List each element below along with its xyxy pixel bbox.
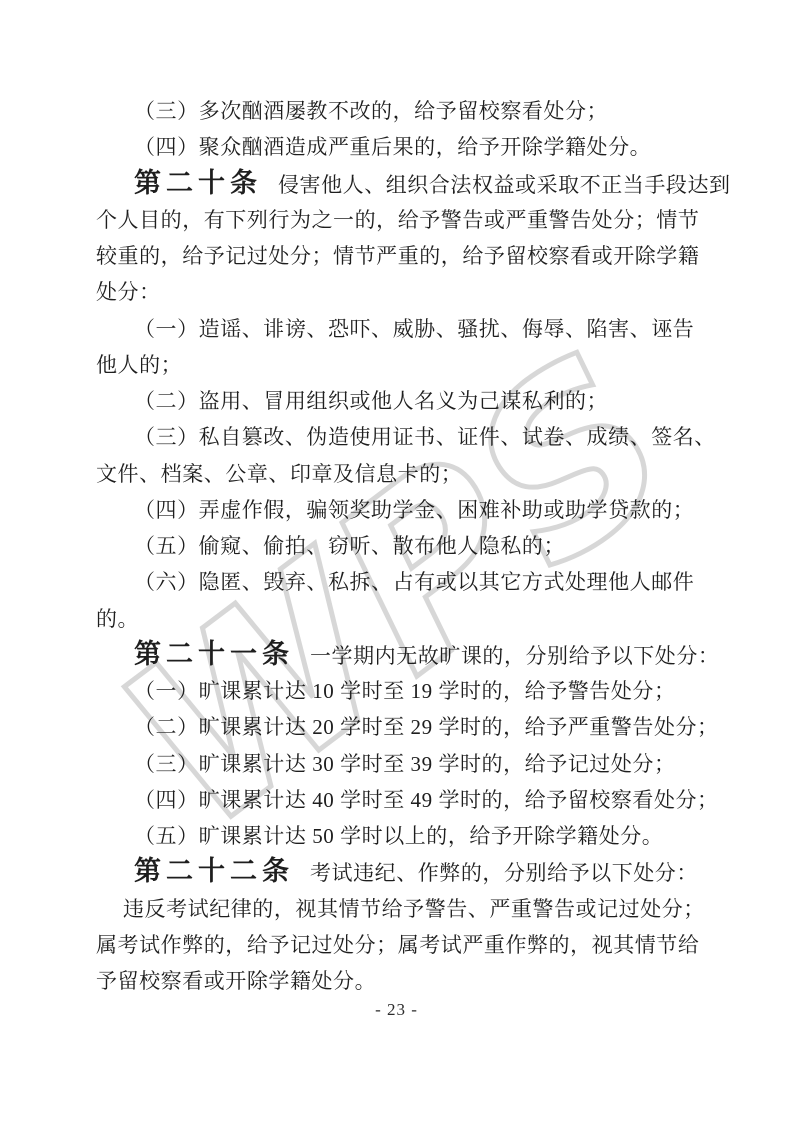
article-heading: 第二十二条 [134, 856, 294, 887]
text-segment: 考试违纪、作弊的，分别给予以下处分： [310, 861, 698, 885]
document-line: 个人目的，有下列行为之一的，给予警告或严重警告处分；情节 [96, 202, 736, 238]
article-heading: 第二十一条 [134, 639, 294, 670]
document-line: （五）偷窥、偷拍、窃听、散布他人隐私的； [96, 528, 736, 564]
document-line: （一）旷课累计达 10 学时至 19 学时的，给予警告处分； [96, 673, 736, 709]
document-line: （三）多次酗酒屡教不改的，给予留校察看处分； [96, 93, 736, 129]
text-segment: 的。 [96, 607, 139, 631]
text-segment: 较重的，给予记过处分；情节严重的，给予留校察看或开除学籍 [96, 244, 699, 268]
text-segment: 属考试作弊的，给予记过处分；属考试严重作弊的，视其情节给 [96, 933, 699, 957]
text-segment: 他人的； [96, 353, 182, 377]
document-line: （五）旷课累计达 50 学时以上的，给予开除学籍处分。 [96, 818, 736, 854]
document-line: 属考试作弊的，给予记过处分；属考试严重作弊的，视其情节给 [96, 927, 736, 963]
text-segment: （二）盗用、冒用组织或他人名义为己谋私利的； [134, 389, 608, 413]
text-segment: （一）旷课累计达 10 学时至 19 学时的，给予警告处分； [134, 679, 676, 703]
document-line: 处分： [96, 274, 736, 310]
document-line: 予留校察看或开除学籍处分。 [96, 963, 736, 999]
text-segment: （五）旷课累计达 50 学时以上的，给予开除学籍处分。 [134, 824, 663, 848]
document-line: （四）聚众酗酒造成严重后果的，给予开除学籍处分。 [96, 129, 736, 165]
document-line: 较重的，给予记过处分；情节严重的，给予留校察看或开除学籍 [96, 238, 736, 274]
text-segment: （一）造谣、诽谤、恐吓、威胁、骚扰、侮辱、陷害、诬告 [134, 317, 694, 341]
document-line: （二）旷课累计达 20 学时至 29 学时的，给予严重警告处分； [96, 709, 736, 745]
text-segment: 侵害他人、组织合法权益或采取不正当手段达到 [278, 173, 731, 197]
text-segment: （三）私自篡改、伪造使用证书、证件、试卷、成绩、签名、 [134, 425, 716, 449]
text-segment: （六）隐匿、毁弃、私拆、占有或以其它方式处理他人邮件 [134, 570, 694, 594]
page: WPS （三）多次酗酒屡教不改的，给予留校察看处分；（四）聚众酗酒造成严重后果的… [0, 0, 793, 1122]
document-line: 他人的； [96, 347, 736, 383]
document-line: （三）私自篡改、伪造使用证书、证件、试卷、成绩、签名、 [96, 419, 736, 455]
text-segment: 违反考试纪律的，视其情节给予警告、严重警告或记过处分； [123, 897, 705, 921]
text-segment: （三）旷课累计达 30 学时至 39 学时的，给予记过处分； [134, 752, 676, 776]
document-line: 的。 [96, 601, 736, 637]
text-segment: 一学期内无故旷课的，分别给予以下处分： [310, 644, 719, 668]
document-line: （六）隐匿、毁弃、私拆、占有或以其它方式处理他人邮件 [96, 564, 736, 600]
text-segment: 予留校察看或开除学籍处分。 [96, 969, 376, 993]
document-line: （一）造谣、诽谤、恐吓、威胁、骚扰、侮辱、陷害、诬告 [96, 311, 736, 347]
document-line: 第二十条侵害他人、组织合法权益或采取不正当手段达到 [96, 166, 736, 202]
text-segment: （五）偷窥、偷拍、窃听、散布他人隐私的； [134, 534, 565, 558]
text-segment: （四）聚众酗酒造成严重后果的，给予开除学籍处分。 [134, 135, 651, 159]
document-line: （二）盗用、冒用组织或他人名义为己谋私利的； [96, 383, 736, 419]
document-line: 违反考试纪律的，视其情节给予警告、严重警告或记过处分； [96, 891, 736, 927]
document-line: （四）弄虚作假，骗领奖助学金、困难补助或助学贷款的； [96, 492, 736, 528]
document-line: （三）旷课累计达 30 学时至 39 学时的，给予记过处分； [96, 746, 736, 782]
article-heading: 第二十条 [134, 168, 262, 199]
text-segment: （四）旷课累计达 40 学时至 49 学时的，给予留校察看处分； [134, 788, 719, 812]
text-segment: （三）多次酗酒屡教不改的，给予留校察看处分； [134, 99, 608, 123]
text-segment: （四）弄虚作假，骗领奖助学金、困难补助或助学贷款的； [134, 498, 694, 522]
document-line: 第二十二条考试违纪、作弊的，分别给予以下处分： [96, 854, 736, 890]
document-line: 第二十一条一学期内无故旷课的，分别给予以下处分： [96, 637, 736, 673]
document-line: 文件、档案、公章、印章及信息卡的； [96, 456, 736, 492]
text-segment: 处分： [96, 280, 161, 304]
document-body: （三）多次酗酒屡教不改的，给予留校察看处分；（四）聚众酗酒造成严重后果的，给予开… [96, 93, 736, 999]
page-number: - 23 - [0, 1000, 793, 1020]
text-segment: （二）旷课累计达 20 学时至 29 学时的，给予严重警告处分； [134, 715, 719, 739]
text-segment: 文件、档案、公章、印章及信息卡的； [96, 462, 462, 486]
document-line: （四）旷课累计达 40 学时至 49 学时的，给予留校察看处分； [96, 782, 736, 818]
text-segment: 个人目的，有下列行为之一的，给予警告或严重警告处分；情节 [96, 208, 699, 232]
